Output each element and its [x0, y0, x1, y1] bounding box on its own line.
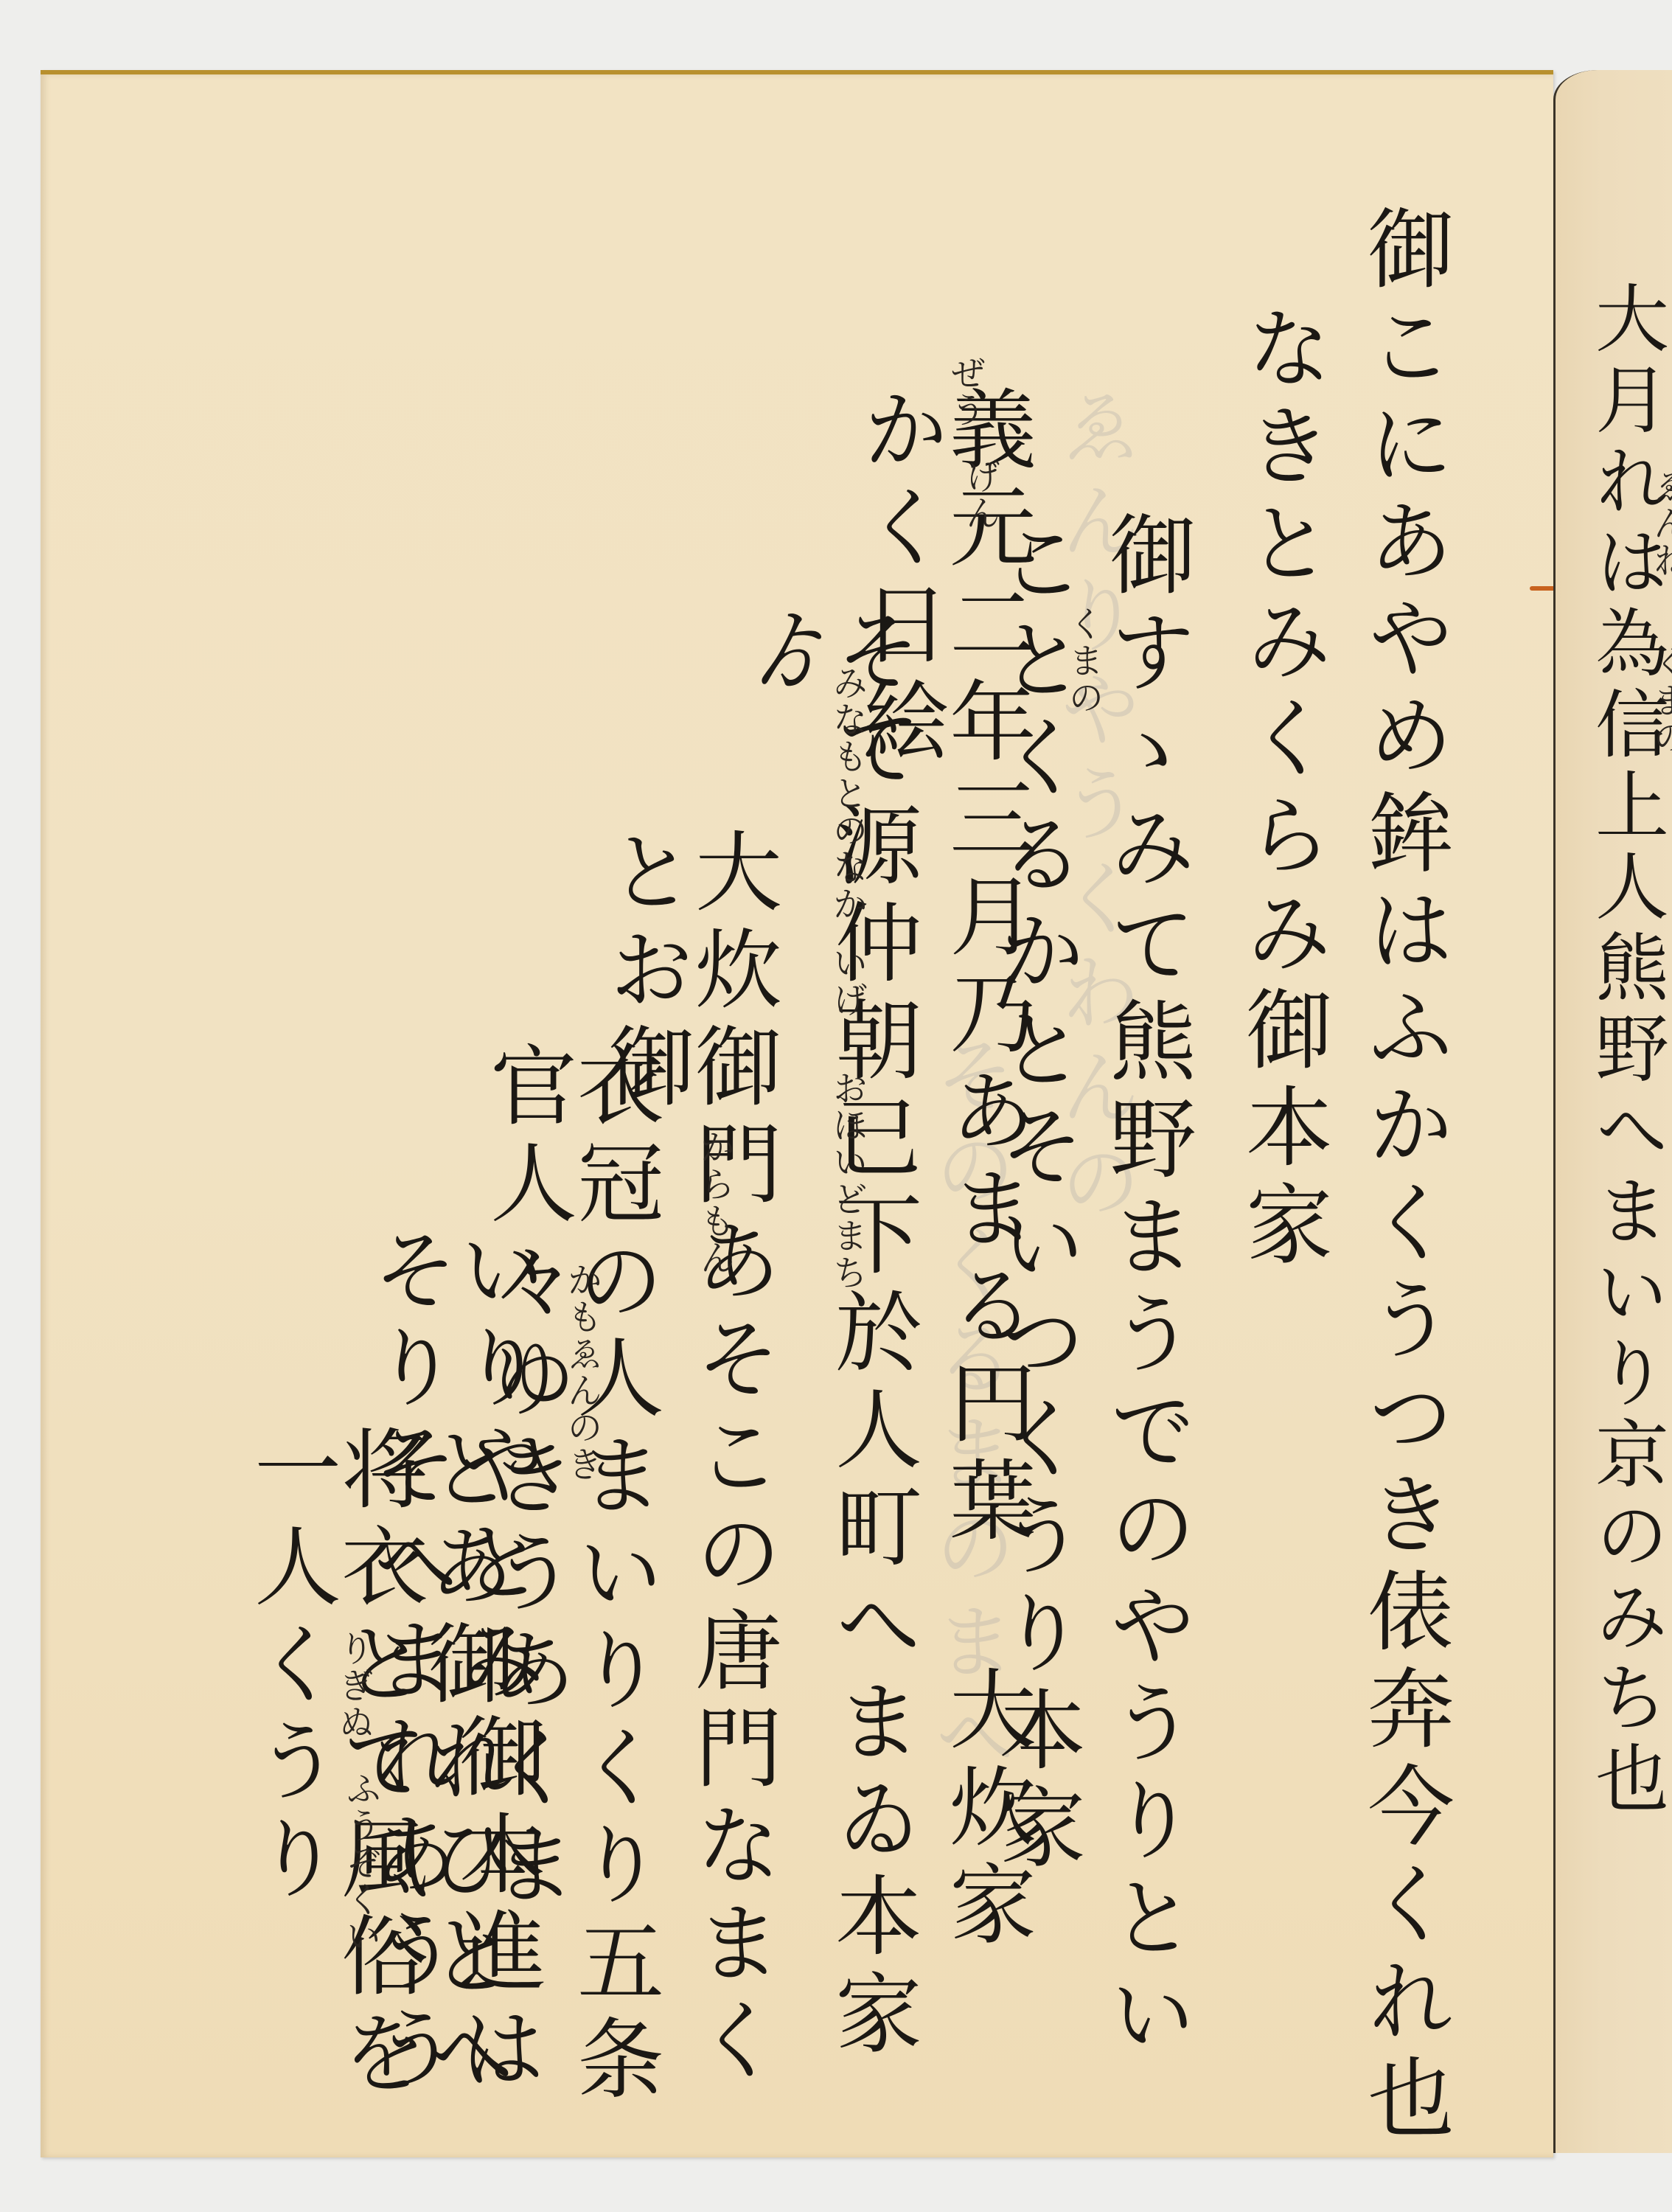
ruby-annotation: ふうぞくい — [335, 1770, 386, 1955]
ruby-annotation: いげ — [822, 945, 873, 1018]
left-page: ゑんりやうくわんの そのくるまのまへ 御こにあやめ鉾はふかくうつき俵奔今くれ也 … — [41, 70, 1553, 2157]
text-column-2: なきとみくらみ御本家 — [1239, 303, 1326, 1276]
ruby-annotation: ゑんね — [1643, 468, 1672, 579]
text-column-1: 御こにあやめ鉾はふかくうつき俵奔今くれ也 — [1360, 204, 1447, 2150]
ruby-annotation: おほいどまち — [822, 1070, 873, 1291]
ruby-annotation: ぜう — [940, 355, 991, 428]
ruby-annotation: みなもとのなか — [822, 664, 873, 922]
ruby-annotation: かもゑんのき — [557, 1262, 607, 1483]
ruby-annotation: からもん — [689, 1129, 740, 1276]
right-page: 大月れは為信上人熊野へまいり京のみち也 ゑんね くまの — [1553, 70, 1672, 2153]
text-column-3: 御すゝみて熊野まうでのやうりとい — [1102, 509, 1189, 2067]
ruby-annotation: げん — [955, 458, 1006, 532]
ruby-annotation: りぎぬ — [328, 1630, 379, 1741]
book-spread: ゑんりやうくわんの そのくるまのまへ 御こにあやめ鉾はふかくうつき俵奔今くれ也 … — [41, 70, 1672, 2153]
ruby-annotation: くまの — [1643, 645, 1672, 756]
ruby-annotation: くまの — [1058, 605, 1109, 716]
